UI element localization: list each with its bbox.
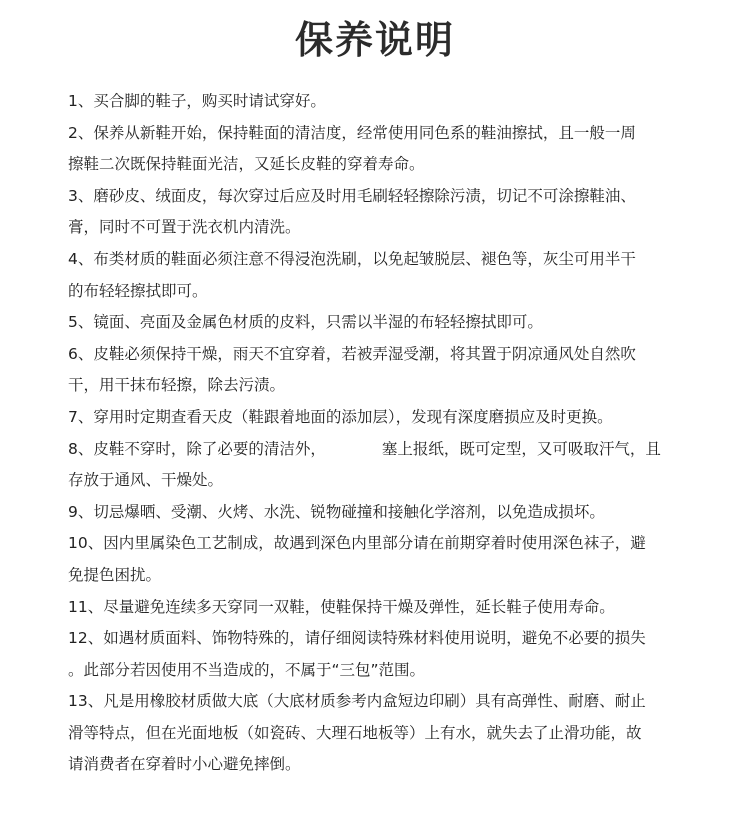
instruction-line: 免提色困扰。	[68, 560, 688, 592]
instruction-line: 存放于通风、干燥处。	[68, 465, 688, 497]
instruction-line: 12、如遇材质面料、饰物特殊的，请仔细阅读特殊材料使用说明，避免不必要的损失	[68, 623, 688, 655]
instruction-line: 9、切忌爆晒、受潮、火烤、水洗、锐物碰撞和接触化学溶剂，以免造成损坏。	[68, 497, 688, 529]
instruction-line: 11、尽量避免连续多天穿同一双鞋，使鞋保持干燥及弹性，延长鞋子使用寿命。	[68, 592, 688, 624]
instruction-line: 6、皮鞋必须保持干燥，雨天不宜穿着，若被弄湿受潮，将其置于阴凉通风处自然吹	[68, 339, 688, 371]
instruction-line: 请消费者在穿着时小心避免摔倒。	[68, 749, 688, 781]
instruction-line: 膏，同时不可置于洗衣机内清洗。	[68, 212, 688, 244]
instruction-line-tail: 塞上报纸，既可定型，又可吸取汗气，且	[382, 440, 661, 458]
instruction-line: 4、布类材质的鞋面必须注意不得浸泡洗刷，以免起皱脱层、褪色等，灰尘可用半干	[68, 244, 688, 276]
instruction-line: 2、保养从新鞋开始，保持鞋面的清洁度，经常使用同色系的鞋油擦拭，且一般一周	[68, 118, 688, 150]
instruction-line: 8、皮鞋不穿时，除了必要的清洁外，塞上报纸，既可定型，又可吸取汗气，且	[68, 434, 688, 466]
instruction-line: 干，用干抹布轻擦，除去污渍。	[68, 370, 688, 402]
instruction-line: 5、镜面、亮面及金属色材质的皮料，只需以半湿的布轻轻擦拭即可。	[68, 307, 688, 339]
instruction-line: 1、买合脚的鞋子，购买时请试穿好。	[68, 86, 688, 118]
care-instructions: 1、买合脚的鞋子，购买时请试穿好。 2、保养从新鞋开始，保持鞋面的清洁度，经常使…	[68, 86, 688, 781]
instruction-line-head: 8、皮鞋不穿时，除了必要的清洁外，	[68, 440, 326, 458]
instruction-line: 13、凡是用橡胶材质做大底（大底材质参考内盒短边印刷）具有高弹性、耐磨、耐止	[68, 686, 688, 718]
instruction-line: 10、因内里属染色工艺制成，故遇到深色内里部分请在前期穿着时使用深色袜子，避	[68, 528, 688, 560]
instruction-line: 3、磨砂皮、绒面皮，每次穿过后应及时用毛刷轻轻擦除污渍，切记不可涂擦鞋油、	[68, 181, 688, 213]
instruction-line: 的布轻轻擦拭即可。	[68, 276, 688, 308]
instruction-line: 7、穿用时定期查看天皮（鞋跟着地面的添加层），发现有深度磨损应及时更换。	[68, 402, 688, 434]
page-title: 保养说明	[0, 14, 750, 66]
instruction-line: 。此部分若因使用不当造成的，不属于“三包”范围。	[68, 655, 688, 687]
instruction-line: 擦鞋二次既保持鞋面光洁，又延长皮鞋的穿着寿命。	[68, 149, 688, 181]
instruction-line: 滑等特点，但在光面地板（如瓷砖、大理石地板等）上有水，就失去了止滑功能，故	[68, 718, 688, 750]
